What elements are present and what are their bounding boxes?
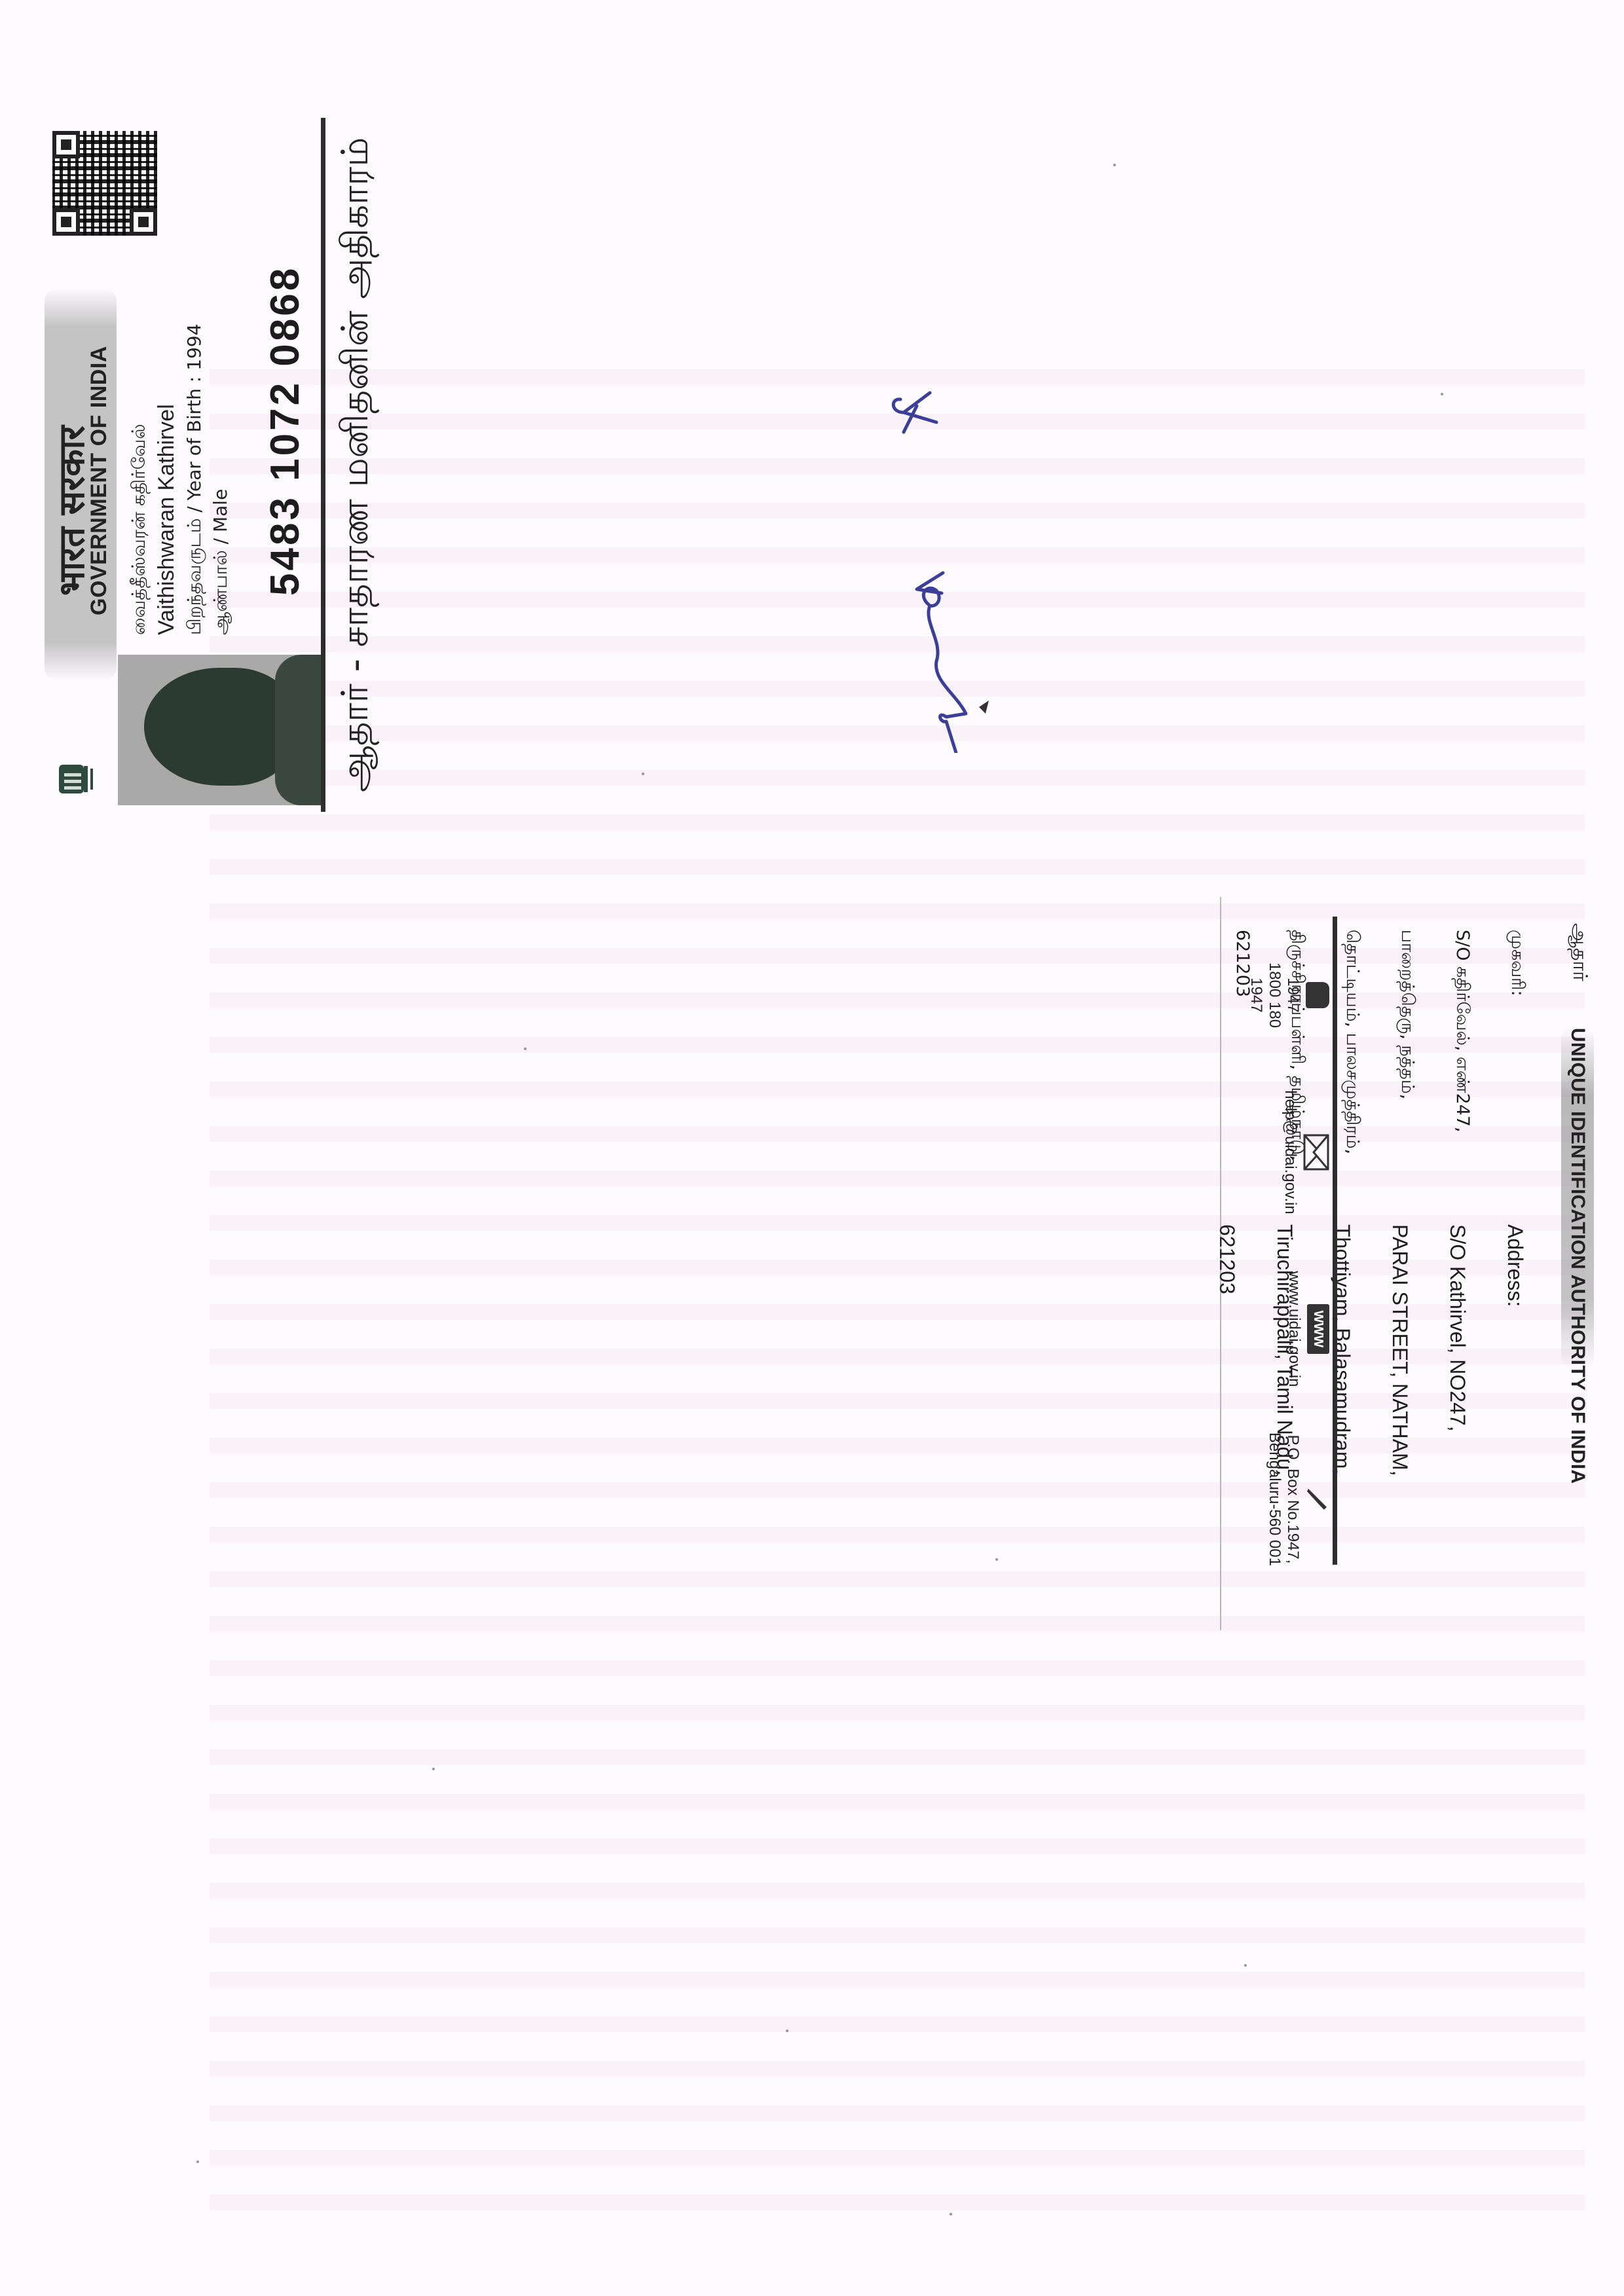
phone-icon: [1306, 982, 1329, 1008]
address-english-line: PARAI STREET, NATHAM,: [1386, 1224, 1414, 1476]
aadhaar-front-card: भारत सरकार GOVERNMENT OF INDIA வைத்தீஸ்வ…: [26, 118, 419, 812]
pen-nib-icon: [1306, 1486, 1329, 1512]
year-of-birth: பிறந்தவருடம் / Year of Birth : 1994: [183, 324, 208, 635]
handwritten-signature: [871, 386, 1041, 753]
mail-icon: [1303, 1134, 1329, 1171]
phone-full: 1800 180 1947: [1247, 943, 1283, 1048]
address-tamil-line: S/O கதிர்வேல், எண்247,: [1449, 930, 1476, 1161]
address-english-label: Address:: [1501, 1224, 1530, 1476]
aadhaar-logo-text: ஆதார்: [1566, 923, 1591, 981]
contact-email: help@uidai.gov.in: [1281, 1080, 1329, 1224]
divider: [321, 118, 325, 812]
address-tamil-line: தொட்டியம், பாலசமுத்திரம்,: [1338, 930, 1366, 1161]
contact-strip: 1947 1800 180 1947 help@uidai.gov.in WWW…: [1251, 917, 1329, 1565]
slogan-tamil: ஆதார் - சாதாரண மனிதனின் அதிகாரம்: [334, 137, 381, 792]
authority-title: UNIQUE IDENTIFICATION AUTHORITY OF INDIA: [1566, 1028, 1589, 1484]
aadhaar-number: 5483 1072 0868: [262, 266, 308, 596]
phone-short: 1947: [1283, 943, 1302, 1048]
address-tamil-line: பாறைத்தெரு, நத்தம்,: [1393, 930, 1421, 1161]
web-icon: WWW: [1307, 1304, 1329, 1354]
website-text: www.uidai.gov.in: [1285, 1257, 1303, 1401]
contact-website: WWW www.uidai.gov.in: [1285, 1257, 1329, 1401]
aadhaar-back-card: ஆதார் UNIQUE IDENTIFICATION AUTHORITY OF…: [1205, 917, 1598, 1637]
address-english-line: S/O Kathirvel, NO247,: [1443, 1224, 1472, 1476]
address-english-line: 621203: [1213, 1224, 1242, 1476]
post-line-1: P.O. Box No.1947,: [1283, 1427, 1302, 1571]
card-cut-line: [1220, 897, 1221, 1630]
post-line-2: Bengaluru-560 001: [1265, 1427, 1283, 1571]
contact-phone: 1947 1800 180 1947: [1247, 943, 1329, 1048]
divider: [1333, 917, 1337, 1565]
header-government-of-india: GOVERNMENT OF INDIA: [86, 346, 112, 615]
name-tamil: வைத்தீஸ்வரன் கதிர்வேல்: [128, 424, 152, 635]
email-text: help@uidai.gov.in: [1281, 1080, 1299, 1224]
holder-photo: [118, 655, 321, 805]
national-emblem-icon: [52, 759, 98, 799]
contact-post: P.O. Box No.1947, Bengaluru-560 001: [1265, 1427, 1329, 1571]
gender: ஆண்பால் / Male: [210, 489, 234, 635]
address-tamil-label: முகவரி:: [1504, 930, 1531, 1161]
address-english: Address: S/O Kathirvel, NO247, PARAI STR…: [1184, 1224, 1559, 1476]
name-english: Vaithishwaran Kathirvel: [154, 404, 179, 635]
qr-code: [52, 131, 157, 236]
